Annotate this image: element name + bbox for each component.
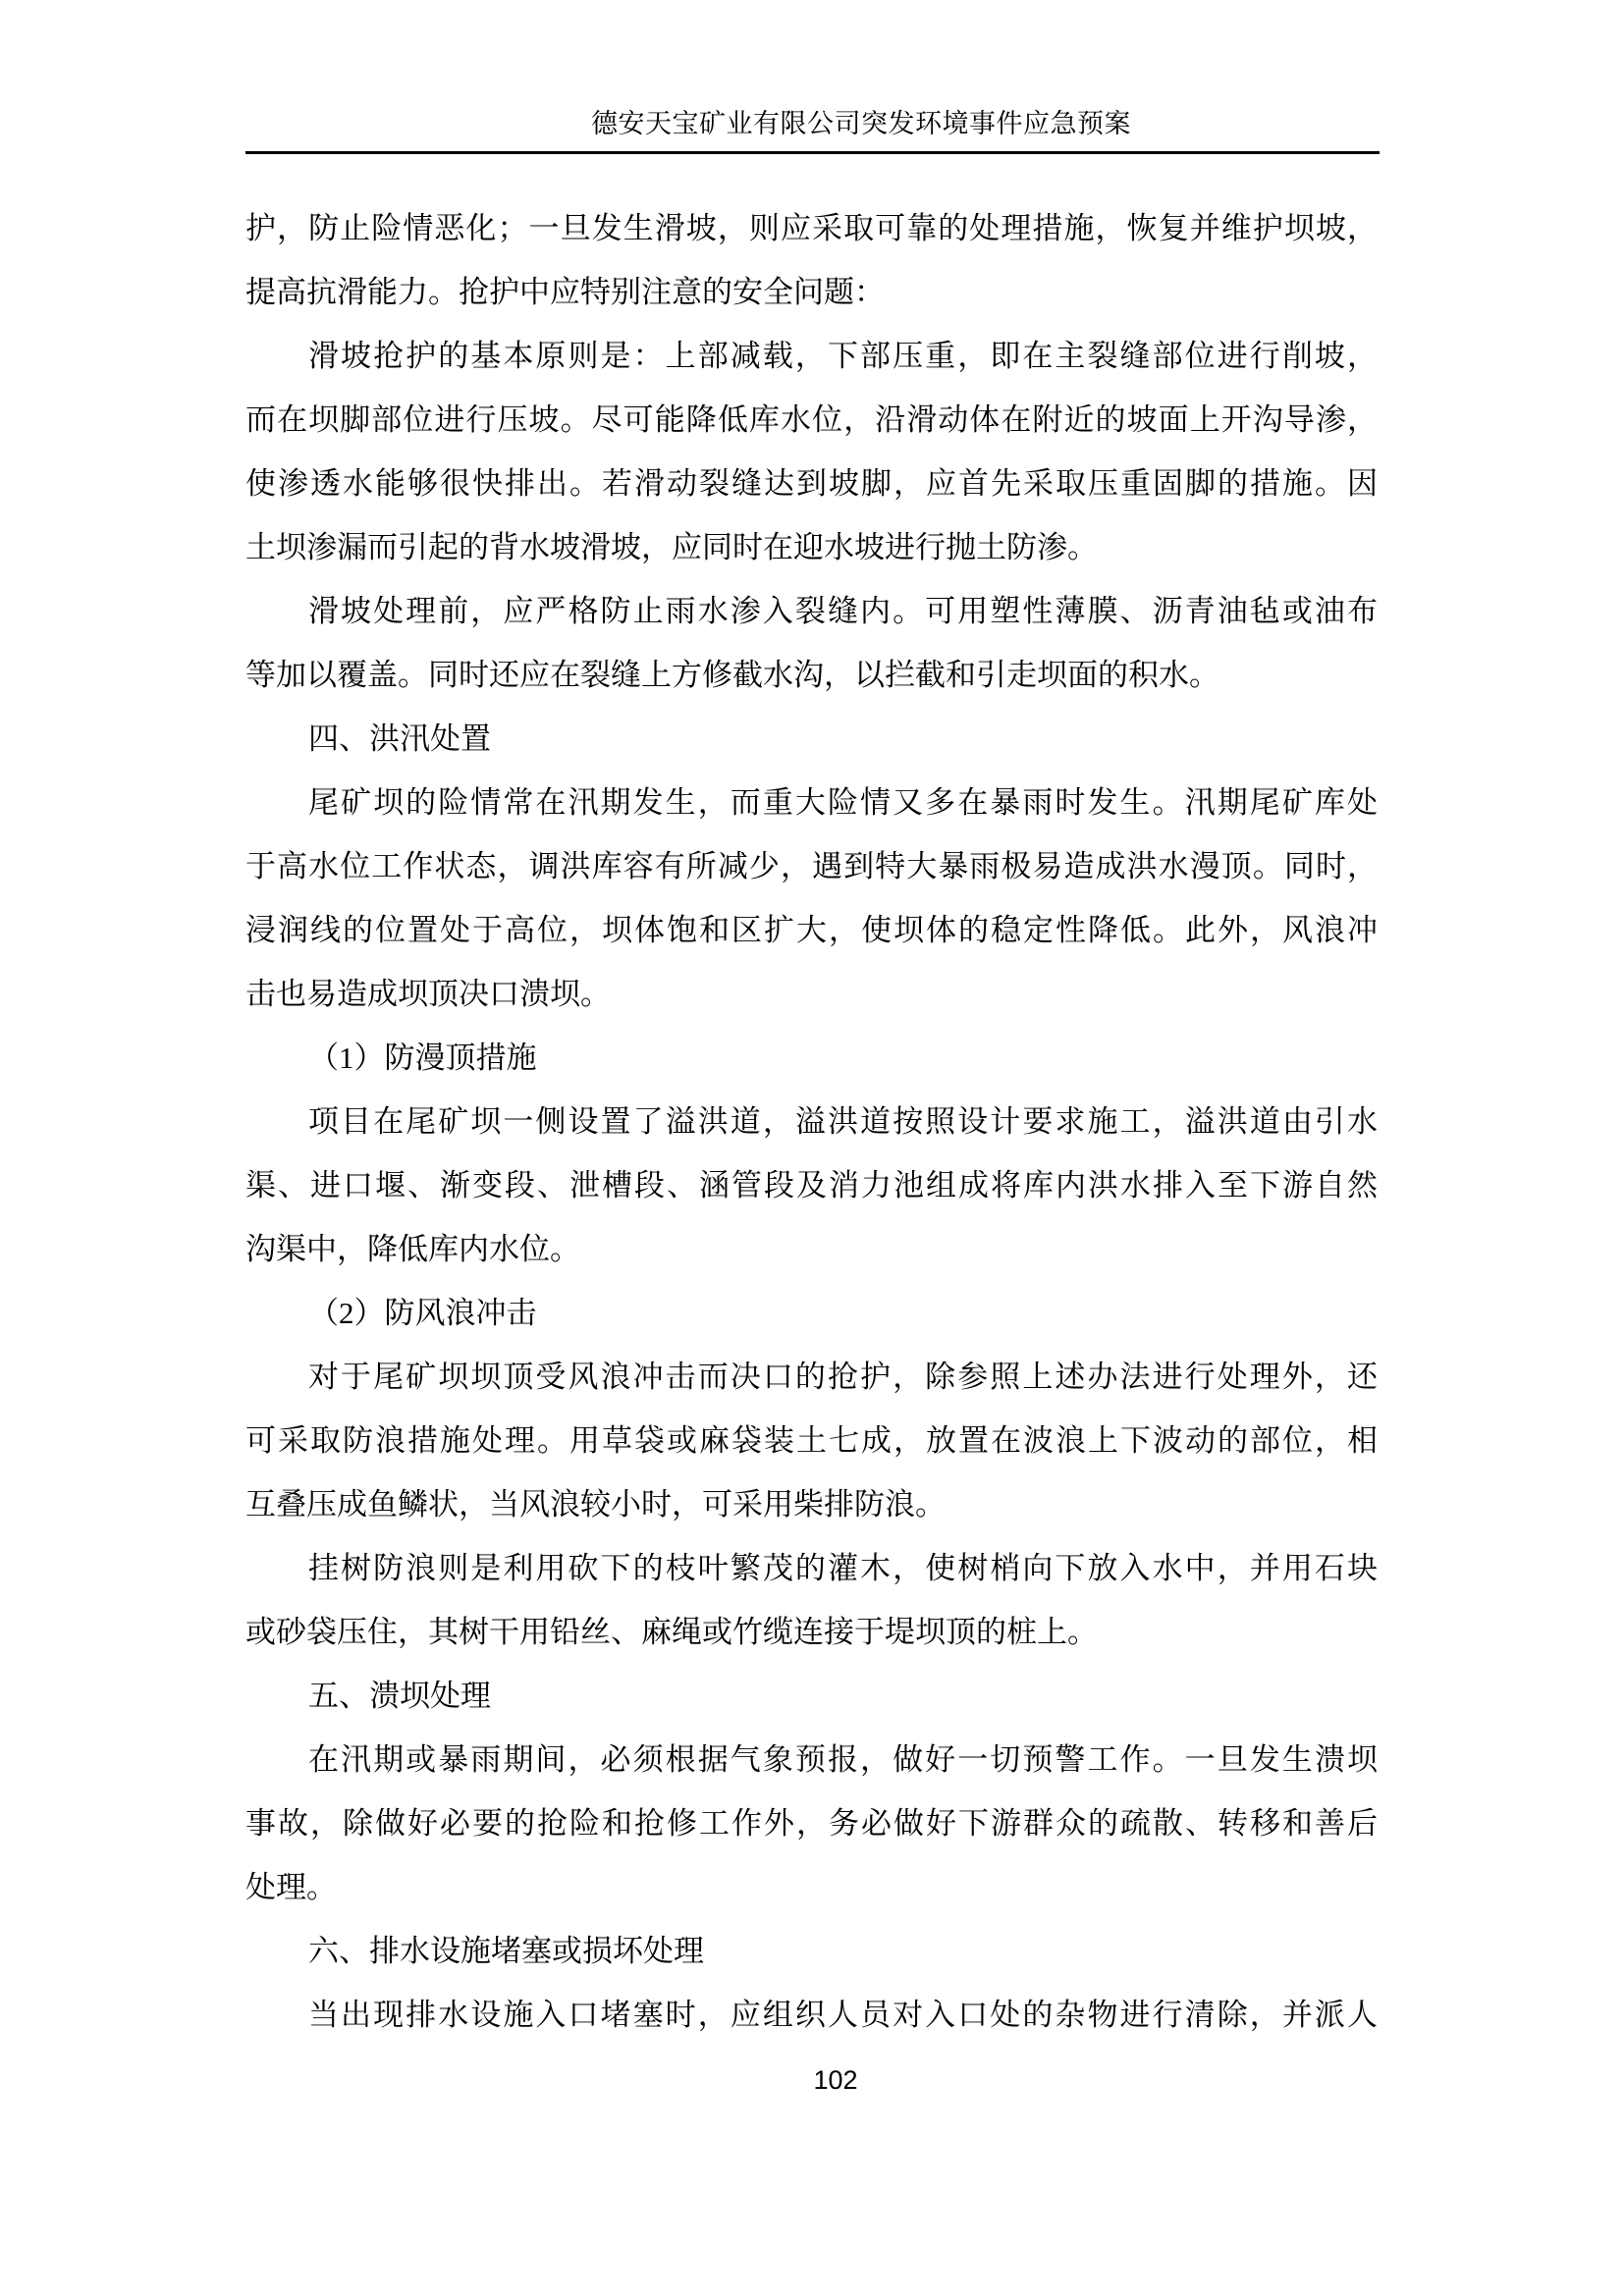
body-line: 等加以覆盖。同时还应在裂缝上方修截水沟，以拦截和引走坝面的积水。	[245, 643, 1378, 707]
page-number: 102	[813, 2065, 857, 2095]
body-line: 处理。	[245, 1855, 1378, 1919]
page-footer: 102	[0, 2063, 1624, 2097]
body-line: 渠、进口堰、渐变段、泄槽段、涵管段及消力池组成将库内洪水排入至下游自然	[245, 1153, 1378, 1217]
body-line: 当出现排水设施入口堵塞时，应组织人员对入口处的杂物进行清除，并派人	[245, 1983, 1378, 2047]
body-line: 在汛期或暴雨期间，必须根据气象预报，做好一切预警工作。一旦发生溃坝	[245, 1728, 1378, 1791]
body-line: 于高水位工作状态，调洪库容有所减少，遇到特大暴雨极易造成洪水漫顶。同时，	[245, 834, 1378, 898]
body-line: 事故，除做好必要的抢险和抢修工作外，务必做好下游群众的疏散、转移和善后	[245, 1791, 1378, 1855]
body-line: 滑坡抢护的基本原则是：上部减载，下部压重，即在主裂缝部位进行削坡，	[245, 324, 1378, 388]
body-line: 五、溃坝处理	[245, 1664, 1378, 1728]
body-line: 护，防止险情恶化；一旦发生滑坡，则应采取可靠的处理措施，恢复并维护坝坡，	[245, 196, 1378, 260]
header-title: 德安天宝矿业有限公司突发环境事件应急预案	[0, 104, 1624, 143]
body-line: 项目在尾矿坝一侧设置了溢洪道，溢洪道按照设计要求施工，溢洪道由引水	[245, 1090, 1378, 1153]
body-line: （1）防漫顶措施	[245, 1026, 1378, 1090]
body-line: 对于尾矿坝坝顶受风浪冲击而决口的抢护，除参照上述办法进行处理外，还	[245, 1345, 1378, 1409]
body-line: 击也易造成坝顶决口溃坝。	[245, 962, 1378, 1026]
body-line: 滑坡处理前，应严格防止雨水渗入裂缝内。可用塑性薄膜、沥青油毡或油布	[245, 579, 1378, 643]
body-line: 提高抗滑能力。抢护中应特别注意的安全问题：	[245, 260, 1378, 324]
body-line: 土坝渗漏而引起的背水坡滑坡，应同时在迎水坡进行抛土防渗。	[245, 515, 1378, 579]
body-line: 可采取防浪措施处理。用草袋或麻袋装土七成，放置在波浪上下波动的部位，相	[245, 1409, 1378, 1472]
body-line: 挂树防浪则是利用砍下的枝叶繁茂的灌木，使树梢向下放入水中，并用石块	[245, 1536, 1378, 1600]
body-line: 四、洪汛处置	[245, 707, 1378, 771]
body-line: 使渗透水能够很快排出。若滑动裂缝达到坡脚，应首先采取压重固脚的措施。因	[245, 452, 1378, 515]
body-line: 而在坝脚部位进行压坡。尽可能降低库水位，沿滑动体在附近的坡面上开沟导渗，	[245, 388, 1378, 452]
document-page: 德安天宝矿业有限公司突发环境事件应急预案 护，防止险情恶化；一旦发生滑坡，则应采…	[0, 0, 1624, 2296]
body-line: 尾矿坝的险情常在汛期发生，而重大险情又多在暴雨时发生。汛期尾矿库处	[245, 771, 1378, 834]
body-line: 或砂袋压住，其树干用铅丝、麻绳或竹缆连接于堤坝顶的桩上。	[245, 1600, 1378, 1664]
body-line: 沟渠中，降低库内水位。	[245, 1217, 1378, 1281]
body-line: 六、排水设施堵塞或损坏处理	[245, 1919, 1378, 1983]
body-line: 浸润线的位置处于高位，坝体饱和区扩大，使坝体的稳定性降低。此外，风浪冲	[245, 898, 1378, 962]
body-line: 互叠压成鱼鳞状，当风浪较小时，可采用柴排防浪。	[245, 1472, 1378, 1536]
header-rule	[245, 151, 1380, 154]
document-body: 护，防止险情恶化；一旦发生滑坡，则应采取可靠的处理措施，恢复并维护坝坡，提高抗滑…	[245, 196, 1378, 2047]
body-line: （2）防风浪冲击	[245, 1281, 1378, 1345]
